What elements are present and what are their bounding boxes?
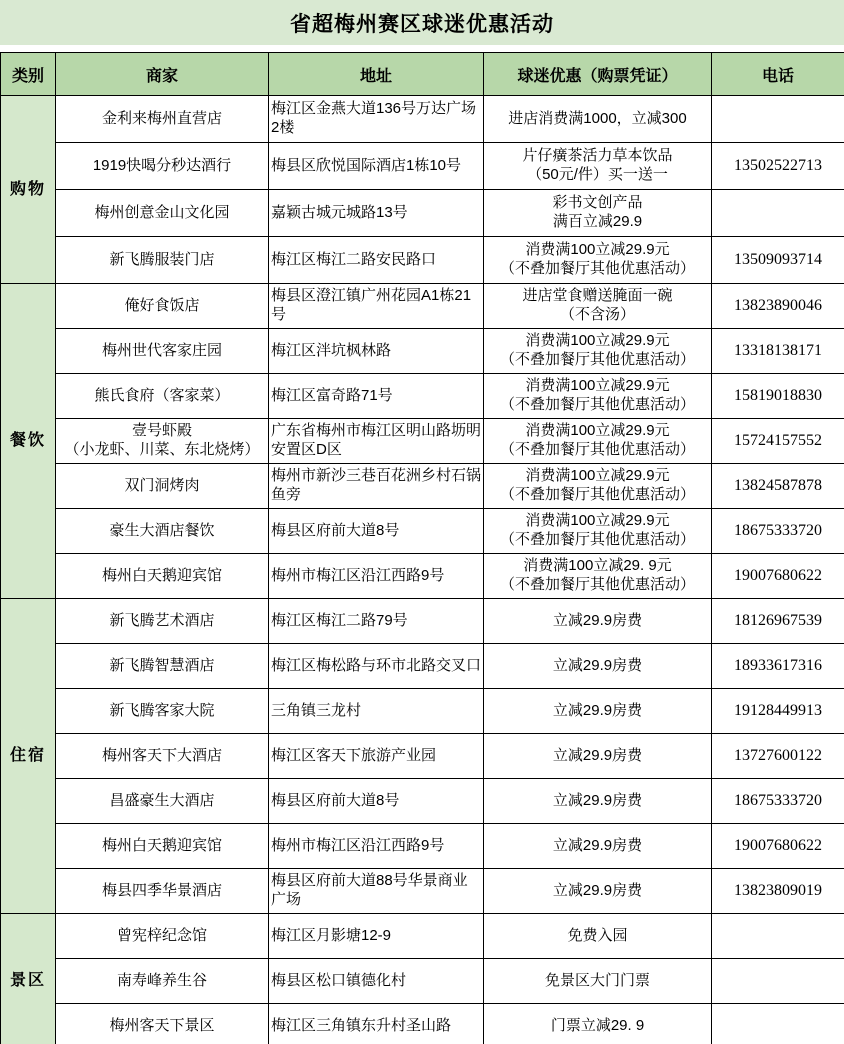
phone-cell bbox=[712, 959, 844, 1004]
discount-cell: 立减29.9房费 bbox=[484, 734, 712, 779]
phone-cell: 13823809019 bbox=[712, 869, 844, 914]
category-cell: 餐饮 bbox=[1, 284, 56, 599]
table-row: 梅州白天鹅迎宾馆梅州市梅江区沿江西路9号消费满100立减29. 9元 （不叠加餐… bbox=[1, 554, 844, 599]
merchant-cell: 梅州客天下大酒店 bbox=[56, 734, 269, 779]
phone-cell: 18126967539 bbox=[712, 599, 844, 644]
discount-cell: 立减29.9房费 bbox=[484, 869, 712, 914]
address-cell: 梅县区府前大道88号华景商业广场 bbox=[269, 869, 484, 914]
table-row: 新飞腾智慧酒店梅江区梅松路与环市北路交叉口立减29.9房费18933617316 bbox=[1, 644, 844, 689]
phone-cell: 18675333720 bbox=[712, 509, 844, 554]
merchant-cell: 新飞腾智慧酒店 bbox=[56, 644, 269, 689]
merchant-cell: 新飞腾艺术酒店 bbox=[56, 599, 269, 644]
address-cell: 梅江区梅松路与环市北路交叉口 bbox=[269, 644, 484, 689]
merchant-cell: 梅州白天鹅迎宾馆 bbox=[56, 824, 269, 869]
table-row: 购物金利来梅州直营店梅江区金燕大道136号万达广场2楼进店消费满1000，立减3… bbox=[1, 96, 844, 143]
merchant-cell: 豪生大酒店餐饮 bbox=[56, 509, 269, 554]
category-cell: 景区 bbox=[1, 914, 56, 1044]
table-row: 新飞腾客家大院三角镇三龙村立减29.9房费19128449913 bbox=[1, 689, 844, 734]
discount-cell: 进店消费满1000，立减300 bbox=[484, 96, 712, 143]
phone-cell bbox=[712, 914, 844, 959]
discount-cell: 彩书文创产品 满百立减29.9 bbox=[484, 190, 712, 237]
table-row: 双门洞烤肉梅州市新沙三巷百花洲乡村石锅鱼旁消费满100立减29.9元 （不叠加餐… bbox=[1, 464, 844, 509]
phone-cell: 13727600122 bbox=[712, 734, 844, 779]
merchant-cell: 梅州客天下景区 bbox=[56, 1004, 269, 1044]
phone-cell: 19128449913 bbox=[712, 689, 844, 734]
column-header-address: 地址 bbox=[269, 53, 484, 96]
discount-cell: 立减29.9房费 bbox=[484, 779, 712, 824]
merchant-cell: 南寿峰养生谷 bbox=[56, 959, 269, 1004]
address-cell: 嘉颖古城元城路13号 bbox=[269, 190, 484, 237]
discount-cell: 免费入园 bbox=[484, 914, 712, 959]
discount-table: 类别 商家 地址 球迷优惠（购票凭证） 电话 购物金利来梅州直营店梅江区金燕大道… bbox=[0, 52, 844, 1044]
discount-cell: 消费满100立减29.9元 （不叠加餐厅其他优惠活动） bbox=[484, 419, 712, 464]
merchant-cell: 金利来梅州直营店 bbox=[56, 96, 269, 143]
phone-cell: 15724157552 bbox=[712, 419, 844, 464]
merchant-cell: 梅州白天鹅迎宾馆 bbox=[56, 554, 269, 599]
discount-cell: 消费满100立减29.9元 （不叠加餐厅其他优惠活动） bbox=[484, 329, 712, 374]
discount-cell: 立减29.9房费 bbox=[484, 599, 712, 644]
discount-cell: 立减29.9房费 bbox=[484, 689, 712, 734]
address-cell: 梅江区泮坑枫林路 bbox=[269, 329, 484, 374]
address-cell: 梅县区澄江镇广州花园A1栋21号 bbox=[269, 284, 484, 329]
discount-cell: 消费满100立减29.9元 （不叠加餐厅其他优惠活动） bbox=[484, 237, 712, 284]
phone-cell bbox=[712, 96, 844, 143]
table-row: 梅州白天鹅迎宾馆梅州市梅江区沿江西路9号立减29.9房费19007680622 bbox=[1, 824, 844, 869]
table-row: 住宿新飞腾艺术酒店梅江区梅江二路79号立减29.9房费18126967539 bbox=[1, 599, 844, 644]
merchant-cell: 壹号虾殿 （小龙虾、川菜、东北烧烤） bbox=[56, 419, 269, 464]
discount-cell: 门票立减29. 9 bbox=[484, 1004, 712, 1044]
phone-cell: 18933617316 bbox=[712, 644, 844, 689]
address-cell: 广东省梅州市梅江区明山路坜明安置区D区 bbox=[269, 419, 484, 464]
table-row: 熊氏食府（客家菜）梅江区富奇路71号消费满100立减29.9元 （不叠加餐厅其他… bbox=[1, 374, 844, 419]
discount-cell: 进店堂食赠送腌面一碗 （不含汤） bbox=[484, 284, 712, 329]
address-cell: 梅州市梅江区沿江西路9号 bbox=[269, 824, 484, 869]
category-cell: 购物 bbox=[1, 96, 56, 284]
merchant-cell: 梅州创意金山文化园 bbox=[56, 190, 269, 237]
merchant-cell: 1919快喝分秒达酒行 bbox=[56, 143, 269, 190]
discount-cell: 消费满100立减29.9元 （不叠加餐厅其他优惠活动） bbox=[484, 464, 712, 509]
address-cell: 梅江区金燕大道136号万达广场2楼 bbox=[269, 96, 484, 143]
address-cell: 梅州市梅江区沿江西路9号 bbox=[269, 554, 484, 599]
merchant-cell: 新飞腾客家大院 bbox=[56, 689, 269, 734]
phone-cell: 18675333720 bbox=[712, 779, 844, 824]
address-cell: 梅江区富奇路71号 bbox=[269, 374, 484, 419]
phone-cell: 15819018830 bbox=[712, 374, 844, 419]
address-cell: 梅县区松口镇德化村 bbox=[269, 959, 484, 1004]
address-cell: 梅江区梅江二路安民路口 bbox=[269, 237, 484, 284]
address-cell: 梅县区府前大道8号 bbox=[269, 509, 484, 554]
discount-cell: 片仔癀茶活力草本饮品 （50元/件）买一送一 bbox=[484, 143, 712, 190]
header-row: 类别 商家 地址 球迷优惠（购票凭证） 电话 bbox=[1, 53, 844, 96]
table-row: 梅州客天下大酒店梅江区客天下旅游产业园立减29.9房费13727600122 bbox=[1, 734, 844, 779]
phone-cell: 13318138171 bbox=[712, 329, 844, 374]
discount-cell: 立减29.9房费 bbox=[484, 644, 712, 689]
merchant-cell: 新飞腾服装门店 bbox=[56, 237, 269, 284]
phone-cell: 13824587878 bbox=[712, 464, 844, 509]
phone-cell bbox=[712, 190, 844, 237]
merchant-cell: 熊氏食府（客家菜） bbox=[56, 374, 269, 419]
table-row: 梅州客天下景区梅江区三角镇东升村圣山路门票立减29. 9 bbox=[1, 1004, 844, 1044]
table-body: 购物金利来梅州直营店梅江区金燕大道136号万达广场2楼进店消费满1000，立减3… bbox=[1, 96, 844, 1044]
column-header-merchant: 商家 bbox=[56, 53, 269, 96]
discount-cell: 免景区大门门票 bbox=[484, 959, 712, 1004]
discount-cell: 立减29.9房费 bbox=[484, 824, 712, 869]
discount-cell: 消费满100立减29. 9元 （不叠加餐厅其他优惠活动） bbox=[484, 554, 712, 599]
discount-cell: 消费满100立减29.9元 （不叠加餐厅其他优惠活动） bbox=[484, 374, 712, 419]
merchant-cell: 梅县四季华景酒店 bbox=[56, 869, 269, 914]
address-cell: 梅县区欣悦国际酒店1栋10号 bbox=[269, 143, 484, 190]
merchant-cell: 俺好食饭店 bbox=[56, 284, 269, 329]
phone-cell: 13823890046 bbox=[712, 284, 844, 329]
merchant-cell: 梅州世代客家庄园 bbox=[56, 329, 269, 374]
address-cell: 梅江区梅江二路79号 bbox=[269, 599, 484, 644]
table-row: 豪生大酒店餐饮梅县区府前大道8号消费满100立减29.9元 （不叠加餐厅其他优惠… bbox=[1, 509, 844, 554]
table-row: 景区曾宪梓纪念馆梅江区月影塘12-9免费入园 bbox=[1, 914, 844, 959]
merchant-cell: 曾宪梓纪念馆 bbox=[56, 914, 269, 959]
column-header-category: 类别 bbox=[1, 53, 56, 96]
merchant-cell: 昌盛豪生大酒店 bbox=[56, 779, 269, 824]
table-row: 梅州创意金山文化园嘉颖古城元城路13号彩书文创产品 满百立减29.9 bbox=[1, 190, 844, 237]
phone-cell: 19007680622 bbox=[712, 554, 844, 599]
discount-table-page: 省超梅州赛区球迷优惠活动 类别 商家 地址 球迷优惠（购票凭证） 电话 购物金利… bbox=[0, 0, 844, 1044]
address-cell: 梅县区府前大道8号 bbox=[269, 779, 484, 824]
address-cell: 梅江区客天下旅游产业园 bbox=[269, 734, 484, 779]
page-title: 省超梅州赛区球迷优惠活动 bbox=[0, 0, 844, 45]
table-row: 1919快喝分秒达酒行梅县区欣悦国际酒店1栋10号片仔癀茶活力草本饮品 （50元… bbox=[1, 143, 844, 190]
column-header-phone: 电话 bbox=[712, 53, 844, 96]
table-row: 昌盛豪生大酒店梅县区府前大道8号立减29.9房费18675333720 bbox=[1, 779, 844, 824]
merchant-cell: 双门洞烤肉 bbox=[56, 464, 269, 509]
phone-cell bbox=[712, 1004, 844, 1044]
discount-cell: 消费满100立减29.9元 （不叠加餐厅其他优惠活动） bbox=[484, 509, 712, 554]
phone-cell: 13509093714 bbox=[712, 237, 844, 284]
table-row: 梅州世代客家庄园梅江区泮坑枫林路消费满100立减29.9元 （不叠加餐厅其他优惠… bbox=[1, 329, 844, 374]
table-row: 南寿峰养生谷梅县区松口镇德化村免景区大门门票 bbox=[1, 959, 844, 1004]
column-header-discount: 球迷优惠（购票凭证） bbox=[484, 53, 712, 96]
table-row: 新飞腾服装门店梅江区梅江二路安民路口消费满100立减29.9元 （不叠加餐厅其他… bbox=[1, 237, 844, 284]
address-cell: 梅州市新沙三巷百花洲乡村石锅鱼旁 bbox=[269, 464, 484, 509]
table-row: 梅县四季华景酒店梅县区府前大道88号华景商业广场立减29.9房费13823809… bbox=[1, 869, 844, 914]
address-cell: 梅江区三角镇东升村圣山路 bbox=[269, 1004, 484, 1044]
address-cell: 梅江区月影塘12-9 bbox=[269, 914, 484, 959]
table-row: 壹号虾殿 （小龙虾、川菜、东北烧烤）广东省梅州市梅江区明山路坜明安置区D区消费满… bbox=[1, 419, 844, 464]
table-row: 餐饮俺好食饭店梅县区澄江镇广州花园A1栋21号进店堂食赠送腌面一碗 （不含汤）1… bbox=[1, 284, 844, 329]
phone-cell: 19007680622 bbox=[712, 824, 844, 869]
address-cell: 三角镇三龙村 bbox=[269, 689, 484, 734]
phone-cell: 13502522713 bbox=[712, 143, 844, 190]
category-cell: 住宿 bbox=[1, 599, 56, 914]
